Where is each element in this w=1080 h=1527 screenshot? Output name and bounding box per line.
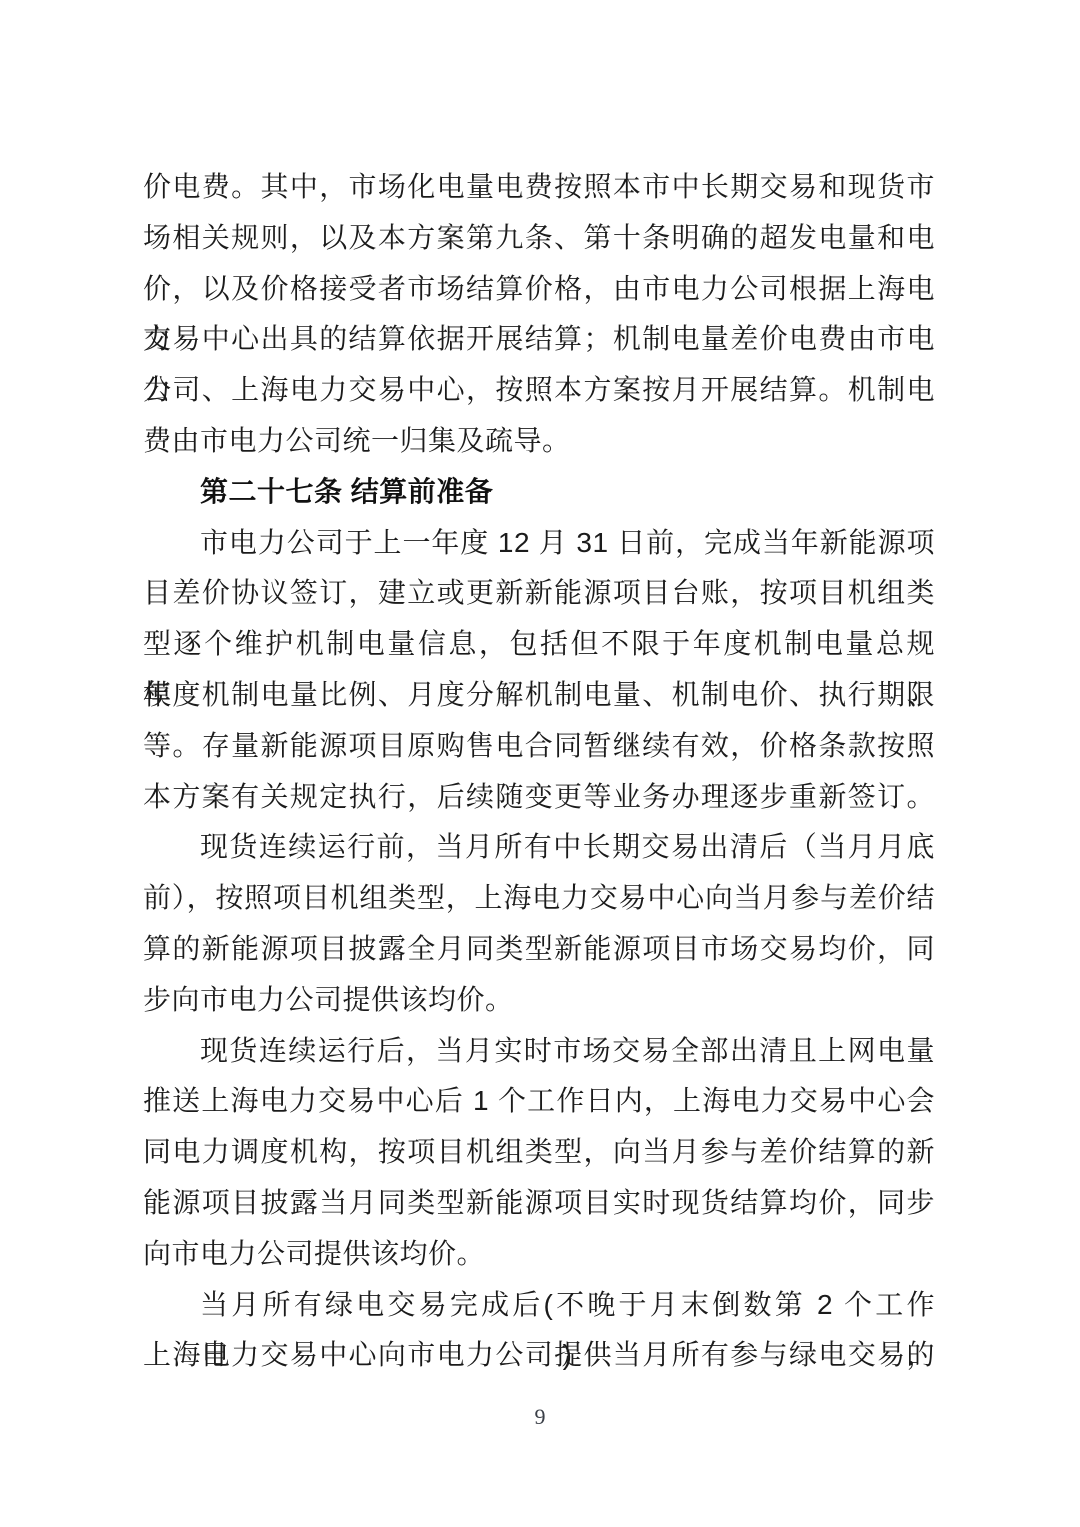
text-line: 交易中心出具的结算依据开展结算；机制电量差价电费由市电力 <box>143 314 935 365</box>
text-line: 年度机制电量比例、月度分解机制电量、机制电价、执行期限 <box>143 670 935 721</box>
text-line: 场相关规则，以及本方案第九条、第十条明确的超发电量和电 <box>143 213 935 264</box>
paragraph-before-spot-operation: 现货连续运行前，当月所有中长期交易出清后（当月月底 前），按照项目机组类型，上海… <box>143 822 935 1025</box>
text-line: 公司、上海电力交易中心，按照本方案按月开展结算。机制电 <box>143 365 935 416</box>
text-line: 本方案有关规定执行，后续随变更等业务办理逐步重新签订。 <box>143 772 935 823</box>
text-line: 现货连续运行前，当月所有中长期交易出清后（当月月底 <box>143 822 935 873</box>
text-line: 价，以及价格接受者市场结算价格，由市电力公司根据上海电力 <box>143 264 935 315</box>
section-heading-article-27: 第二十七条 结算前准备 <box>143 467 935 518</box>
text-line: 市电力公司于上一年度 12 月 31 日前，完成当年新能源项 <box>143 518 935 569</box>
paragraph-green-power-trading: 当月所有绿电交易完成后(不晚于月末倒数第 2 个工作日)， 上海电力交易中心向市… <box>143 1280 935 1382</box>
page-number: 9 <box>0 1404 1080 1430</box>
text-line: 上海电力交易中心向市电力公司提供当月所有参与绿电交易的 <box>143 1330 935 1381</box>
paragraph-settlement-fees: 价电费。其中，市场化电量电费按照本市中长期交易和现货市 场相关规则，以及本方案第… <box>143 162 935 467</box>
paragraph-after-spot-operation: 现货连续运行后，当月实时市场交易全部出清且上网电量 推送上海电力交易中心后 1 … <box>143 1026 935 1280</box>
text-line: 能源项目披露当月同类型新能源项目实时现货结算均价，同步 <box>143 1178 935 1229</box>
document-page: 价电费。其中，市场化电量电费按照本市中长期交易和现货市 场相关规则，以及本方案第… <box>0 0 1080 1527</box>
text-line: 前），按照项目机组类型，上海电力交易中心向当月参与差价结 <box>143 873 935 924</box>
text-line: 现货连续运行后，当月实时市场交易全部出清且上网电量 <box>143 1026 935 1077</box>
text-line: 步向市电力公司提供该均价。 <box>143 975 935 1026</box>
text-line: 价电费。其中，市场化电量电费按照本市中长期交易和现货市 <box>143 162 935 213</box>
text-line: 向市电力公司提供该均价。 <box>143 1229 935 1280</box>
text-line: 同电力调度机构，按项目机组类型，向当月参与差价结算的新 <box>143 1127 935 1178</box>
document-body: 价电费。其中，市场化电量电费按照本市中长期交易和现货市 场相关规则，以及本方案第… <box>143 162 935 1381</box>
text-line: 算的新能源项目披露全月同类型新能源项目市场交易均价，同 <box>143 924 935 975</box>
text-line: 当月所有绿电交易完成后(不晚于月末倒数第 2 个工作日)， <box>143 1280 935 1331</box>
text-line: 目差价协议签订，建立或更新新能源项目台账，按项目机组类 <box>143 568 935 619</box>
text-line: 推送上海电力交易中心后 1 个工作日内，上海电力交易中心会 <box>143 1076 935 1127</box>
text-line: 费由市电力公司统一归集及疏导。 <box>143 416 935 467</box>
text-line: 等。存量新能源项目原购售电合同暂继续有效，价格条款按照 <box>143 721 935 772</box>
text-line: 型逐个维护机制电量信息，包括但不限于年度机制电量总规模、 <box>143 619 935 670</box>
paragraph-pre-settlement-preparation: 市电力公司于上一年度 12 月 31 日前，完成当年新能源项 目差价协议签订，建… <box>143 518 935 823</box>
